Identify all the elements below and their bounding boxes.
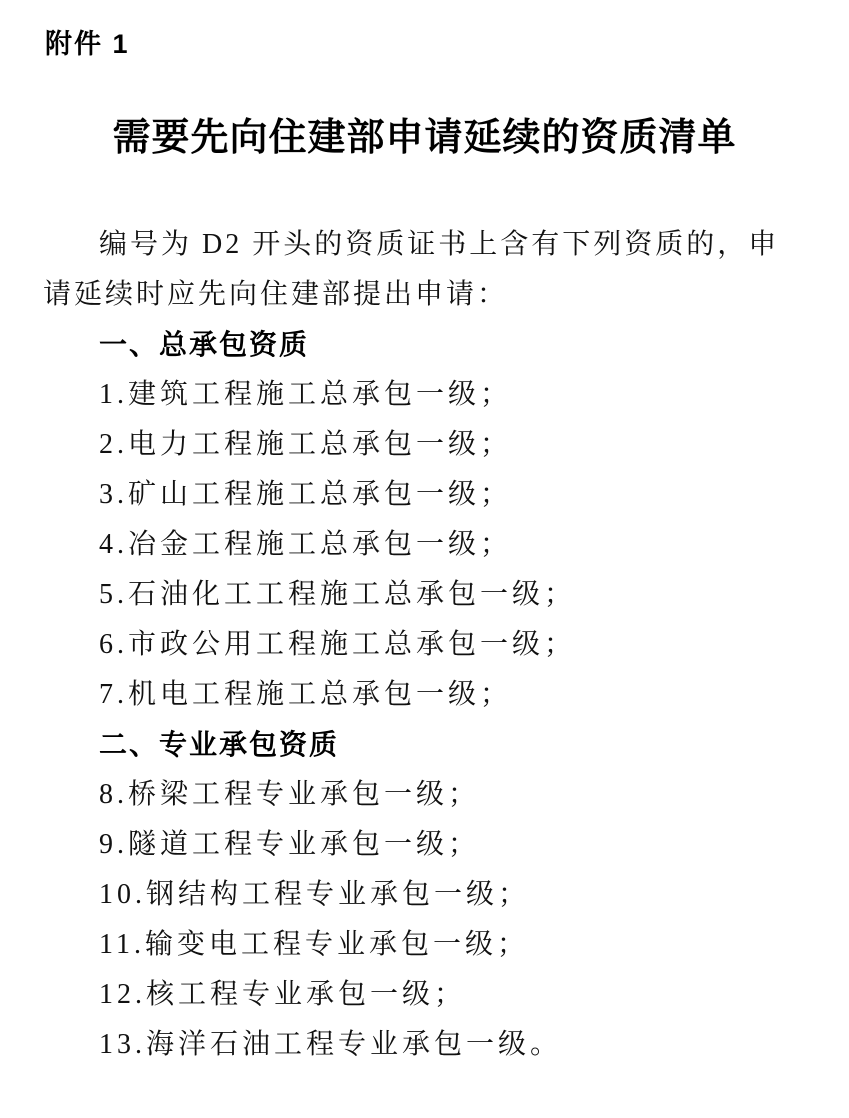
list-item: 1.建筑工程施工总承包一级； [43,370,809,420]
list-item: 7.机电工程施工总承包一级； [43,670,809,720]
document-body: 编号为 D2 开头的资质证书上含有下列资质的，申请延续时应先向住建部提出申请： … [43,220,809,1070]
intro-paragraph: 编号为 D2 开头的资质证书上含有下列资质的，申请延续时应先向住建部提出申请： [43,220,809,320]
list-item: 11.输变电工程专业承包一级； [43,920,809,970]
list-item: 13.海洋石油工程专业承包一级。 [43,1020,809,1070]
list-item: 4.冶金工程施工总承包一级； [43,520,809,570]
section-heading-general-contracting: 一、总承包资质 [43,320,809,370]
attachment-label: 附件 1 [45,22,130,61]
list-item: 10.钢结构工程专业承包一级； [43,870,809,920]
list-item: 6.市政公用工程施工总承包一级； [43,620,809,670]
document-page: 附件 1 需要先向住建部申请延续的资质清单 编号为 D2 开头的资质证书上含有下… [0,0,849,1118]
list-item: 2.电力工程施工总承包一级； [43,420,809,470]
section-heading-specialty-contracting: 二、专业承包资质 [43,720,809,770]
list-item: 3.矿山工程施工总承包一级； [43,470,809,520]
page-title: 需要先向住建部申请延续的资质清单 [0,106,849,161]
list-item: 8.桥梁工程专业承包一级； [43,770,809,820]
list-item: 9.隧道工程专业承包一级； [43,820,809,870]
list-item: 12.核工程专业承包一级； [43,970,809,1020]
list-item: 5.石油化工工程施工总承包一级； [43,570,809,620]
